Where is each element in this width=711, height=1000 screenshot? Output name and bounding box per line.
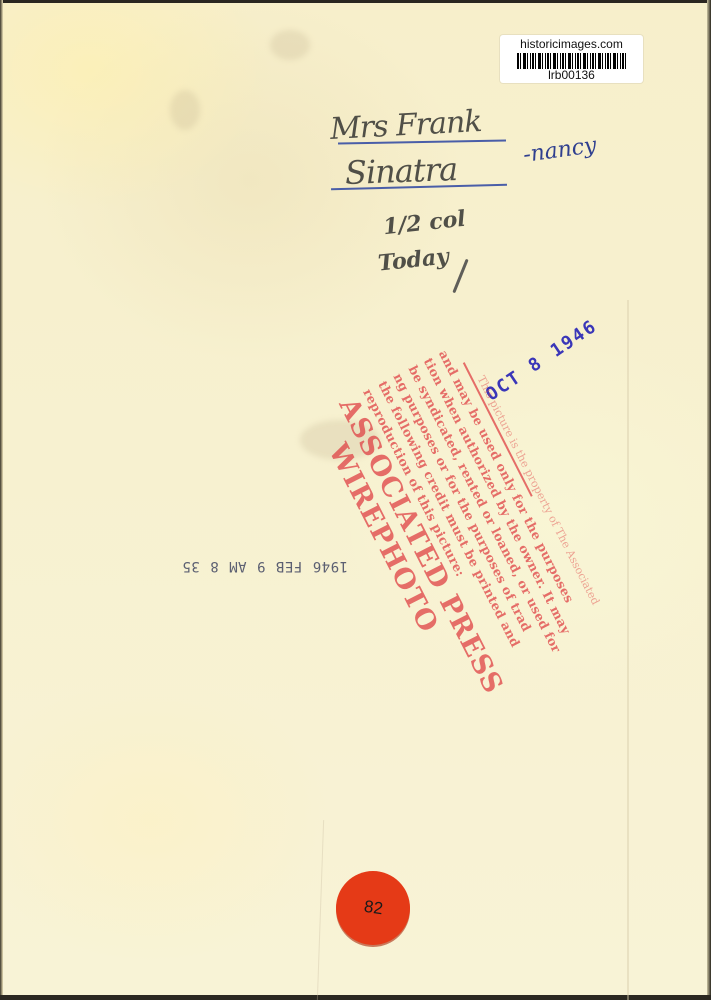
handwriting-annotation-blue: -nancy (522, 133, 598, 168)
handwriting-line-3: 1/2 col (382, 206, 467, 241)
stain (270, 30, 310, 60)
photo-back-page: historicimages.com lrb00136 Mrs Frank Si… (0, 0, 711, 1000)
gray-stamp-day: 9 (257, 558, 266, 574)
pencil-stroke (452, 259, 468, 294)
gray-stamp-ampm: AM (229, 558, 247, 574)
barcode-icon (517, 53, 627, 69)
blue-date-stamp: OCT 81946 (482, 316, 601, 406)
ap-wirephoto-stamp: This picture is the property of The Asso… (306, 338, 616, 712)
label-code-text: lrb00136 (500, 69, 643, 82)
gray-stamp-hour: 8 (210, 558, 219, 574)
handwriting-line-4: Today (377, 243, 450, 276)
barcode-label: historicimages.com lrb00136 (500, 35, 643, 83)
stain (170, 90, 200, 130)
scan-edge-top (0, 0, 711, 3)
scan-edge-left (0, 0, 3, 1000)
paper-fold-line (627, 300, 629, 1000)
number-sticker: 82 (336, 871, 410, 945)
gray-stamp-minute: 35 (182, 558, 200, 574)
sticker-number: 82 (362, 897, 384, 919)
gray-received-date-stamp: 1946FEB9AM835 (148, 558, 348, 574)
blue-stamp-year: 1946 (547, 316, 601, 362)
scan-edge-bottom (0, 995, 711, 1000)
label-site-text: historicimages.com (500, 37, 643, 51)
gray-stamp-month: FEB (275, 558, 302, 574)
gray-stamp-year: 1946 (312, 558, 348, 574)
scan-edge-right (707, 0, 711, 1000)
paper-crease (317, 820, 324, 1000)
